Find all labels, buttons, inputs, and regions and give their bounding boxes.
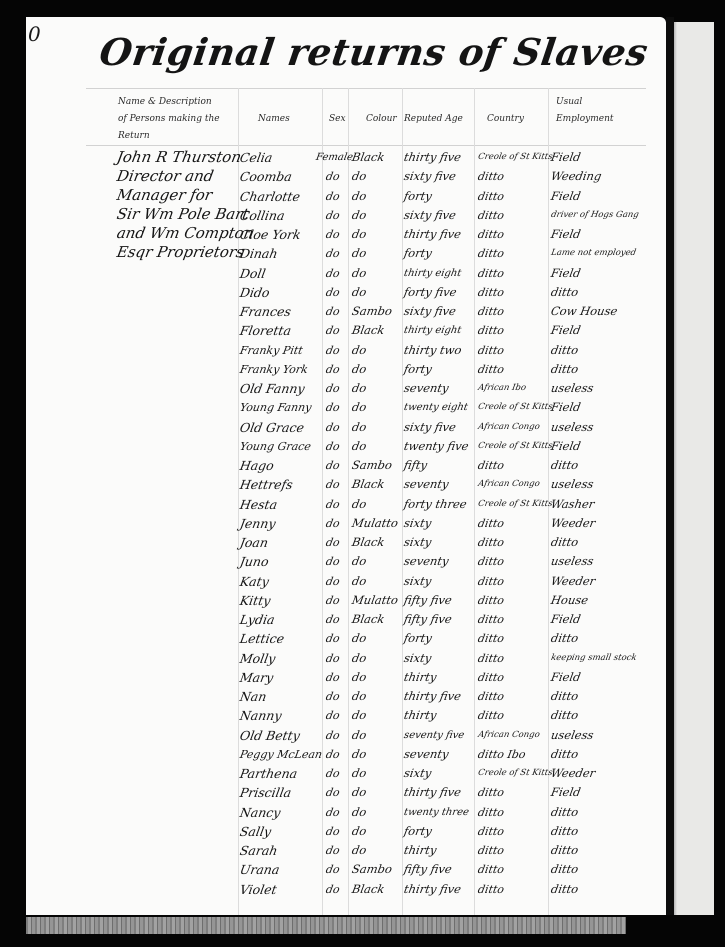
country-value: ditto [476, 302, 505, 321]
reputed-age-value: thirty eight [402, 321, 463, 340]
slave-name: Jenny [238, 514, 277, 533]
slave-name: Nanny [238, 706, 283, 725]
table-row: Collina do do sixty five ditto driver of… [0, 206, 640, 225]
slave-name: Lettice [238, 629, 285, 648]
employment-value: ditto [549, 860, 580, 879]
slave-name: Coomba [238, 167, 293, 186]
table-row: Hesta do do forty three Creole of St Kit… [0, 495, 640, 514]
colour-value: do [350, 822, 368, 841]
sex-value: do [324, 572, 341, 591]
sex-value: do [324, 822, 341, 841]
table-row: Old Betty do do seventy five African Con… [0, 726, 640, 745]
country-value: ditto [476, 514, 505, 533]
reputed-age-value: thirty [402, 668, 438, 687]
slave-name: Doll [238, 264, 267, 283]
employment-value: ditto [549, 745, 580, 764]
employment-value: useless [549, 379, 595, 398]
reputed-age-value: thirty five [402, 148, 462, 167]
sex-value: do [324, 456, 341, 475]
table-row: Franky Pitt do do thirty two ditto ditto [0, 341, 640, 360]
sex-value: do [324, 880, 341, 899]
country-value: ditto [476, 572, 505, 591]
table-row: Young Grace do do twenty five Creole of … [0, 437, 640, 456]
sex-value: do [324, 187, 341, 206]
slave-name: Old Grace [238, 418, 305, 437]
employment-value: Field [549, 437, 582, 456]
colour-value: do [350, 244, 368, 263]
employment-value: Field [549, 148, 582, 167]
sex-value: do [324, 206, 341, 225]
country-value: ditto [476, 629, 505, 648]
colour-value: do [350, 264, 368, 283]
reputed-age-value: twenty three [402, 803, 470, 822]
colour-value: do [350, 783, 368, 802]
sex-value: do [324, 552, 341, 571]
slave-name: Nancy [238, 803, 282, 822]
sex-value: do [324, 841, 341, 860]
sex-value: do [324, 803, 341, 822]
slave-name: Charlotte [238, 187, 301, 206]
colour-value: do [350, 167, 368, 186]
sex-value: do [324, 706, 341, 725]
employment-value: useless [549, 475, 595, 494]
table-row: Priscilla do do thirty five ditto Field [0, 783, 640, 802]
slave-name: Collina [238, 206, 286, 225]
table-row: Doll do do thirty eight ditto Field [0, 264, 640, 283]
reputed-age-value: forty [402, 187, 433, 206]
table-row: Molly do do sixty ditto keeping small st… [0, 649, 640, 668]
colour-value: do [350, 726, 368, 745]
reputed-age-value: thirty five [402, 783, 462, 802]
sex-value: Female [314, 148, 354, 167]
colour-value: do [350, 552, 368, 571]
slave-name: Parthena [238, 764, 299, 783]
table-row: Kitty do Mulatto fifty five ditto House [0, 591, 640, 610]
sex-value: do [324, 379, 341, 398]
slave-name: Young Fanny [238, 398, 313, 417]
sex-value: do [324, 783, 341, 802]
slave-name: Sally [238, 822, 272, 841]
reputed-age-value: sixty [402, 533, 433, 552]
sex-value: do [324, 264, 341, 283]
table-row: Young Fanny do do twenty eight Creole of… [0, 398, 640, 417]
reputed-age-value: twenty five [402, 437, 470, 456]
slave-name: Mary [238, 668, 275, 687]
country-value: ditto [476, 687, 505, 706]
colour-value: Black [350, 475, 386, 494]
table-row: Franky York do do forty ditto ditto [0, 360, 640, 379]
sex-value: do [324, 167, 341, 186]
table-row: Nancy do do twenty three ditto ditto [0, 803, 640, 822]
country-value: Creole of St Kitts [476, 495, 554, 514]
table-row: Mary do do thirty ditto Field [0, 668, 640, 687]
slave-name: Franky York [238, 360, 309, 379]
reputed-age-value: sixty [402, 764, 433, 783]
reputed-age-value: thirty five [402, 880, 462, 899]
colour-value: do [350, 379, 368, 398]
table-row: Frances do Sambo sixty five ditto Cow Ho… [0, 302, 640, 321]
reputed-age-value: thirty two [402, 341, 463, 360]
country-value: Creole of St Kitts [476, 148, 554, 167]
slave-name: Franky Pitt [238, 341, 304, 360]
country-value: African Ibo [476, 379, 527, 398]
colour-value: do [350, 341, 368, 360]
header-names: Names [258, 111, 290, 128]
sex-value: do [324, 533, 341, 552]
sex-value: do [324, 860, 341, 879]
colour-value: do [350, 437, 368, 456]
facing-page-edge [674, 22, 714, 915]
table-row: Coomba do do sixty five ditto Weeding [0, 167, 640, 186]
colour-value: Black [350, 321, 386, 340]
slave-name: Frances [238, 302, 292, 321]
table-row: Celia Female Black thirty five Creole of… [0, 148, 640, 167]
reputed-age-value: thirty five [402, 225, 462, 244]
slave-name: Old Betty [238, 726, 301, 745]
employment-value: ditto [549, 360, 580, 379]
country-value: ditto [476, 552, 505, 571]
sex-value: do [324, 610, 341, 629]
table-row: Nanny do do thirty ditto ditto [0, 706, 640, 725]
country-value: ditto [476, 803, 505, 822]
table-row: Floretta do Black thirty eight ditto Fie… [0, 321, 640, 340]
employment-value: House [549, 591, 589, 610]
reputed-age-value: twenty eight [402, 398, 469, 417]
reputed-age-value: forty [402, 629, 433, 648]
sex-value: do [324, 745, 341, 764]
sex-value: do [324, 475, 341, 494]
employment-value: ditto [549, 629, 580, 648]
country-value: ditto [476, 591, 505, 610]
employment-value: Field [549, 610, 582, 629]
table-row: Jenny do Mulatto sixty ditto Weeder [0, 514, 640, 533]
country-value: African Congo [476, 475, 541, 494]
employment-value: ditto [549, 456, 580, 475]
page-stack-edge [26, 917, 626, 934]
country-value: ditto [476, 783, 505, 802]
country-value: ditto [476, 841, 505, 860]
colour-value: Black [350, 533, 386, 552]
slave-name: Peggy McLean [238, 745, 323, 764]
colour-value: do [350, 398, 368, 417]
reputed-age-value: sixty [402, 514, 433, 533]
sex-value: do [324, 360, 341, 379]
colour-value: Black [350, 880, 386, 899]
table-row: Katy do do sixty ditto Weeder [0, 572, 640, 591]
sex-value: do [324, 591, 341, 610]
reputed-age-value: fifty [402, 456, 428, 475]
slave-name: Hago [238, 456, 275, 475]
employment-value: useless [549, 552, 595, 571]
slave-name: Sarah [238, 841, 279, 860]
slave-name: Violet [238, 880, 278, 899]
reputed-age-value: forty [402, 360, 433, 379]
table-row: Peggy McLean do do seventy ditto Ibo dit… [0, 745, 640, 764]
slave-name: Hettrefs [238, 475, 294, 494]
page-title: Original returns of Slaves [97, 30, 651, 74]
reputed-age-value: sixty five [402, 167, 457, 186]
slave-name: Celia [238, 148, 274, 167]
table-row: Lettice do do forty ditto ditto [0, 629, 640, 648]
country-value: ditto [476, 206, 505, 225]
colour-value: do [350, 649, 368, 668]
slave-name: Juno [238, 552, 270, 571]
table-row: Dinah do do forty ditto Lame not employe… [0, 244, 640, 263]
sex-value: do [324, 302, 341, 321]
slave-name: Katy [238, 572, 270, 591]
reputed-age-value: thirty five [402, 687, 462, 706]
country-value: ditto [476, 167, 505, 186]
colour-value: do [350, 764, 368, 783]
employment-value: useless [549, 726, 595, 745]
table-row: Sarah do do thirty ditto ditto [0, 841, 640, 860]
table-row: Parthena do do sixty Creole of St Kitts … [0, 764, 640, 783]
sex-value: do [324, 726, 341, 745]
table-row: Hettrefs do Black seventy African Congo … [0, 475, 640, 494]
colour-value: do [350, 418, 368, 437]
sex-value: do [324, 629, 341, 648]
table-row: Urana do Sambo fifty five ditto ditto [0, 860, 640, 879]
sex-value: do [324, 244, 341, 263]
colour-value: Mulatto [350, 514, 399, 533]
table-row: Sally do do forty ditto ditto [0, 822, 640, 841]
reputed-age-value: forty [402, 822, 433, 841]
reputed-age-value: seventy [402, 475, 450, 494]
reputed-age-value: thirty [402, 706, 438, 725]
colour-value: do [350, 225, 368, 244]
colour-value: do [350, 187, 368, 206]
sex-value: do [324, 514, 341, 533]
slave-name: Dinah [238, 244, 279, 263]
country-value: ditto [476, 880, 505, 899]
colour-value: do [350, 687, 368, 706]
slave-name: Floretta [238, 321, 292, 340]
country-value: ditto [476, 649, 505, 668]
table-row: Hago do Sambo fifty ditto ditto [0, 456, 640, 475]
reputed-age-value: fifty five [402, 610, 453, 629]
table-row: Charlotte do do forty ditto Field [0, 187, 640, 206]
employment-value: Lame not employed [549, 244, 637, 263]
slave-name: Cloe York [238, 225, 302, 244]
header-owner: Name & Description of Persons making the… [118, 94, 220, 145]
reputed-age-value: seventy five [402, 726, 466, 745]
header-bottom-rule [86, 145, 646, 146]
country-value: ditto [476, 533, 505, 552]
country-value: ditto [476, 860, 505, 879]
header-colour: Colour [366, 111, 397, 128]
colour-value: Sambo [350, 302, 393, 321]
slave-name: Kitty [238, 591, 272, 610]
sex-value: do [324, 668, 341, 687]
employment-value: Weeder [549, 764, 597, 783]
table-row: Dido do do forty five ditto ditto [0, 283, 640, 302]
table-row: Old Grace do do sixty five African Congo… [0, 418, 640, 437]
colour-value: do [350, 706, 368, 725]
reputed-age-value: seventy [402, 745, 450, 764]
employment-value: ditto [549, 880, 580, 899]
sex-value: do [324, 283, 341, 302]
colour-value: do [350, 572, 368, 591]
table-row: Violet do Black thirty five ditto ditto [0, 880, 640, 899]
employment-value: ditto [549, 533, 580, 552]
employment-value: Weeding [549, 167, 603, 186]
colour-value: do [350, 745, 368, 764]
employment-value: ditto [549, 841, 580, 860]
employment-value: Field [549, 225, 582, 244]
slave-name: Urana [238, 860, 281, 879]
reputed-age-value: seventy [402, 379, 450, 398]
reputed-age-value: sixty [402, 649, 433, 668]
table-row: Old Fanny do do seventy African Ibo usel… [0, 379, 640, 398]
country-value: ditto [476, 321, 505, 340]
reputed-age-value: seventy [402, 552, 450, 571]
sex-value: do [324, 687, 341, 706]
employment-value: useless [549, 418, 595, 437]
employment-value: Field [549, 187, 582, 206]
reputed-age-value: forty [402, 244, 433, 263]
slave-name: Nan [238, 687, 268, 706]
sex-value: do [324, 495, 341, 514]
reputed-age-value: sixty five [402, 206, 457, 225]
header-top-rule [86, 88, 646, 89]
sex-value: do [324, 649, 341, 668]
employment-value: Field [549, 398, 582, 417]
colour-value: do [350, 283, 368, 302]
reputed-age-value: thirty eight [402, 264, 463, 283]
sex-value: do [324, 398, 341, 417]
employment-value: Cow House [549, 302, 619, 321]
sex-value: do [324, 321, 341, 340]
reputed-age-value: sixty five [402, 418, 457, 437]
sex-value: do [324, 225, 341, 244]
slave-name: Joan [238, 533, 269, 552]
colour-value: do [350, 629, 368, 648]
reputed-age-value: forty three [402, 495, 468, 514]
colour-value: do [350, 206, 368, 225]
country-value: ditto [476, 610, 505, 629]
employment-value: keeping small stock [549, 649, 638, 668]
reputed-age-value: forty five [402, 283, 458, 302]
folio-mark: 0 [28, 22, 41, 46]
country-value: African Congo [476, 726, 541, 745]
country-value: ditto [476, 187, 505, 206]
country-value: ditto [476, 360, 505, 379]
employment-value: Weeder [549, 514, 597, 533]
employment-value: ditto [549, 341, 580, 360]
employment-value: ditto [549, 687, 580, 706]
employment-value: ditto [549, 803, 580, 822]
reputed-age-value: fifty five [402, 860, 453, 879]
slave-name: Priscilla [238, 783, 293, 802]
colour-value: do [350, 495, 368, 514]
country-value: ditto [476, 264, 505, 283]
header-age: Reputed Age [404, 111, 463, 128]
sex-value: do [324, 437, 341, 456]
employment-value: Field [549, 783, 582, 802]
reputed-age-value: sixty [402, 572, 433, 591]
employment-value: Field [549, 321, 582, 340]
country-value: African Congo [476, 418, 541, 437]
country-value: ditto [476, 283, 505, 302]
header-country: Country [487, 111, 524, 128]
slave-name: Hesta [238, 495, 279, 514]
employment-value: ditto [549, 706, 580, 725]
colour-value: Sambo [350, 456, 393, 475]
colour-value: do [350, 360, 368, 379]
country-value: ditto [476, 244, 505, 263]
sex-value: do [324, 341, 341, 360]
reputed-age-value: thirty [402, 841, 438, 860]
colour-value: Black [350, 148, 386, 167]
country-value: ditto [476, 341, 505, 360]
colour-value: do [350, 803, 368, 822]
slave-name: Old Fanny [238, 379, 306, 398]
employment-value: driver of Hogs Gang [549, 206, 640, 225]
slave-name: Dido [238, 283, 271, 302]
employment-value: Field [549, 668, 582, 687]
reputed-age-value: fifty five [402, 591, 453, 610]
colour-value: Mulatto [350, 591, 399, 610]
colour-value: do [350, 841, 368, 860]
colour-value: Sambo [350, 860, 393, 879]
table-row: Juno do do seventy ditto useless [0, 552, 640, 571]
colour-value: Black [350, 610, 386, 629]
table-row: Cloe York do do thirty five ditto Field [0, 225, 640, 244]
country-value: ditto [476, 822, 505, 841]
employment-value: Field [549, 264, 582, 283]
table-row: Lydia do Black fifty five ditto Field [0, 610, 640, 629]
reputed-age-value: sixty five [402, 302, 457, 321]
country-value: ditto [476, 456, 505, 475]
country-value: Creole of St Kitts [476, 437, 554, 456]
country-value: Creole of St Kitts [476, 764, 554, 783]
employment-value: Washer [549, 495, 596, 514]
slave-name: Molly [238, 649, 277, 668]
table-row: Nan do do thirty five ditto ditto [0, 687, 640, 706]
employment-value: ditto [549, 822, 580, 841]
book-spine [666, 17, 674, 915]
employment-value: ditto [549, 283, 580, 302]
country-value: ditto [476, 706, 505, 725]
slave-name: Young Grace [238, 437, 312, 456]
table-row: Joan do Black sixty ditto ditto [0, 533, 640, 552]
country-value: ditto Ibo [476, 745, 527, 764]
country-value: Creole of St Kitts [476, 398, 554, 417]
colour-value: do [350, 668, 368, 687]
slave-name: Lydia [238, 610, 276, 629]
country-value: ditto [476, 668, 505, 687]
country-value: ditto [476, 225, 505, 244]
header-sex: Sex [329, 111, 346, 128]
employment-value: Weeder [549, 572, 597, 591]
header-employment: Usual Employment [556, 94, 614, 128]
sex-value: do [324, 764, 341, 783]
sex-value: do [324, 418, 341, 437]
